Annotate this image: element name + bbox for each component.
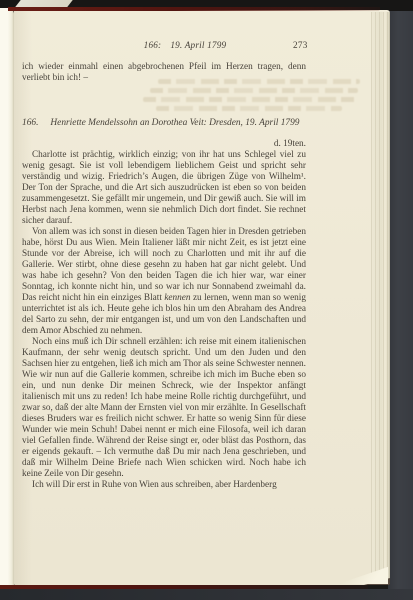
letter-dateline: d. 19ten.: [22, 139, 306, 150]
running-head-date: 19. April 1799: [170, 40, 226, 50]
letter-paragraph: Noch eins muß ich Dir schnell erzählen: …: [22, 337, 306, 480]
page-number: 273: [293, 40, 308, 51]
backdrop-right: [388, 0, 413, 600]
book-page: 166:19. April 1799 273 ich wieder einmah…: [14, 10, 390, 585]
letter-paragraph: Charlotte ist prächtig, wirklich einzig;…: [22, 150, 306, 227]
running-head: 166:19. April 1799: [14, 40, 390, 51]
page-showthrough: [150, 88, 358, 93]
continuation-paragraph: ich wieder einmahl einen abgebrochenen P…: [22, 62, 306, 84]
letter-paragraph: Ich will Dir erst in Ruhe von Wien aus s…: [22, 480, 306, 491]
letter-block: 166.Henriette Mendelssohn an Dorothea Ve…: [22, 118, 306, 491]
page-showthrough: [156, 106, 342, 111]
letter-number: 166.: [22, 118, 38, 128]
book-cover-edge-top: [8, 7, 380, 11]
running-head-number: 166:: [144, 40, 162, 50]
book-cover-edge-bottom: [0, 585, 368, 589]
book-photo: 166:19. April 1799 273 ich wieder einmah…: [0, 0, 413, 600]
letter-heading: 166.Henriette Mendelssohn an Dorothea Ve…: [22, 118, 306, 129]
page-showthrough: [143, 97, 355, 102]
backdrop-bottom: [0, 589, 413, 600]
facing-page-corner: [15, 0, 72, 7]
letter-paragraph: Von allem was ich sonst in diesen beiden…: [22, 227, 306, 337]
letter-title: Henriette Mendelssohn an Dorothea Veit: …: [50, 118, 299, 128]
page-stack-edge: [371, 12, 390, 583]
facing-page-edge: [0, 8, 14, 587]
letter-body: Charlotte ist prächtig, wirklich einzig;…: [22, 150, 306, 491]
